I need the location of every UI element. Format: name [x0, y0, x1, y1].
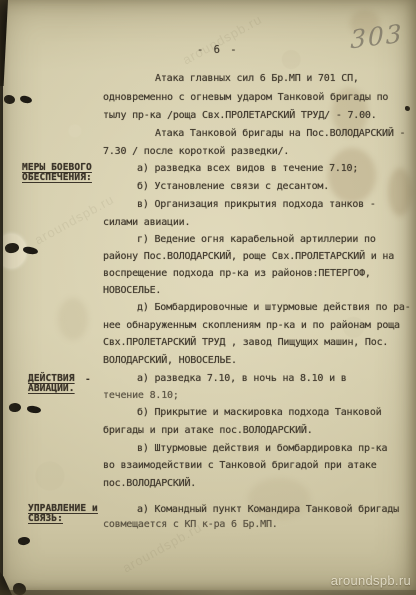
typed-line: нее обнаруженным скоплениям пр-ка и по р… — [103, 320, 400, 331]
typed-line: г) Ведение огня карабельной артиллерии п… — [137, 234, 376, 245]
typed-line: Свх.ПРОЛЕТАРСКИЙ ТРУД , завод Пищущих ма… — [103, 337, 388, 348]
typed-line: пос.ВОЛОДАРСКИЙ. — [103, 478, 196, 489]
typed-line: а) разведка всех видов в течение 7.10; — [137, 163, 358, 174]
typed-line: а) Командный пункт Командира Танковой бр… — [137, 504, 399, 515]
margin-label-combat-support-line2: ОБЕСПЕЧЕНИЯ: — [22, 173, 92, 183]
paper-stain — [58, 298, 88, 340]
typed-line: течение 8.10; — [103, 390, 179, 401]
typed-line: тылу пр-ка /роща Свх.ПРОЛЕТАРСКИЙ ТРУД/ … — [103, 110, 377, 121]
typed-line: Атака главных сил 6 Бр.МП и 701 СП, — [155, 73, 359, 84]
typed-line: силами авиации. — [103, 217, 190, 228]
margin-label-aviation-dash: - — [85, 374, 91, 385]
page-number: - 6 - — [197, 44, 239, 56]
typed-line: в) Организация прикрытия подхода танков … — [137, 199, 376, 210]
margin-label-command-line2: СВЯЗЬ: — [28, 514, 63, 524]
typed-line: воспрещение подхода пр-ка из районов:ПЕТ… — [103, 268, 371, 279]
typed-line: одновременно с огневым ударом Танковой б… — [103, 92, 388, 103]
ink-speck — [8, 402, 21, 413]
paper-stain — [328, 148, 376, 203]
typed-line: НОВОСЕЛЬЕ. — [103, 285, 161, 296]
scan-edge-top-left — [0, 0, 8, 86]
handwritten-page-number: 303 — [350, 19, 404, 55]
ink-speck — [17, 536, 30, 546]
scanned-page: aroundspb.ru aroundspb.ru aroundspb.ru -… — [0, 0, 416, 595]
ink-speck — [4, 95, 15, 104]
typed-line: во взаимодействии с Танковой бригадой пр… — [103, 460, 377, 471]
scan-edge-left — [0, 80, 3, 595]
typed-line: а) разведка 7.10, в ночь на 8.10 и в — [137, 373, 347, 384]
typed-line: 7.30 / после короткой разведки/. — [103, 146, 289, 157]
scan-edge-bottom — [0, 590, 416, 595]
typed-line: б) Прикрытие и маскировка подхода Танков… — [137, 407, 381, 418]
ink-speck — [19, 95, 32, 104]
typed-line: ВОЛОДАРСКИЙ, НОВОСЕЛЬЕ. — [103, 355, 237, 366]
typed-line: совмещается с КП к-ра 6 Бр.МП. — [103, 519, 278, 530]
typed-line: Атака Танковой бригады на Пос.ВОЛОДАРСКИ… — [155, 128, 405, 139]
typed-line: бригады и при атаке пос.ВОЛОДАРСКИЙ. — [103, 425, 313, 436]
typed-line: в) Штурмовые действия и бомбардировка пр… — [137, 443, 387, 454]
typed-line: д) Бомбардировочные и штурмовые действия… — [137, 302, 411, 313]
faint-watermark: aroundspb.ru — [180, 11, 265, 67]
site-watermark: aroundspb.ru — [331, 573, 411, 588]
typed-line: б) Установление связи с десантом. — [137, 181, 329, 192]
ink-speck — [405, 106, 410, 111]
paper-stain — [388, 168, 412, 216]
typed-line: району Пос.ВОЛОДАРСКИЙ, роще Свх.ПРОЛЕТА… — [103, 251, 394, 262]
ink-speck — [27, 405, 42, 413]
margin-label-aviation-line2: АВИАЦИИ. — [28, 384, 75, 394]
